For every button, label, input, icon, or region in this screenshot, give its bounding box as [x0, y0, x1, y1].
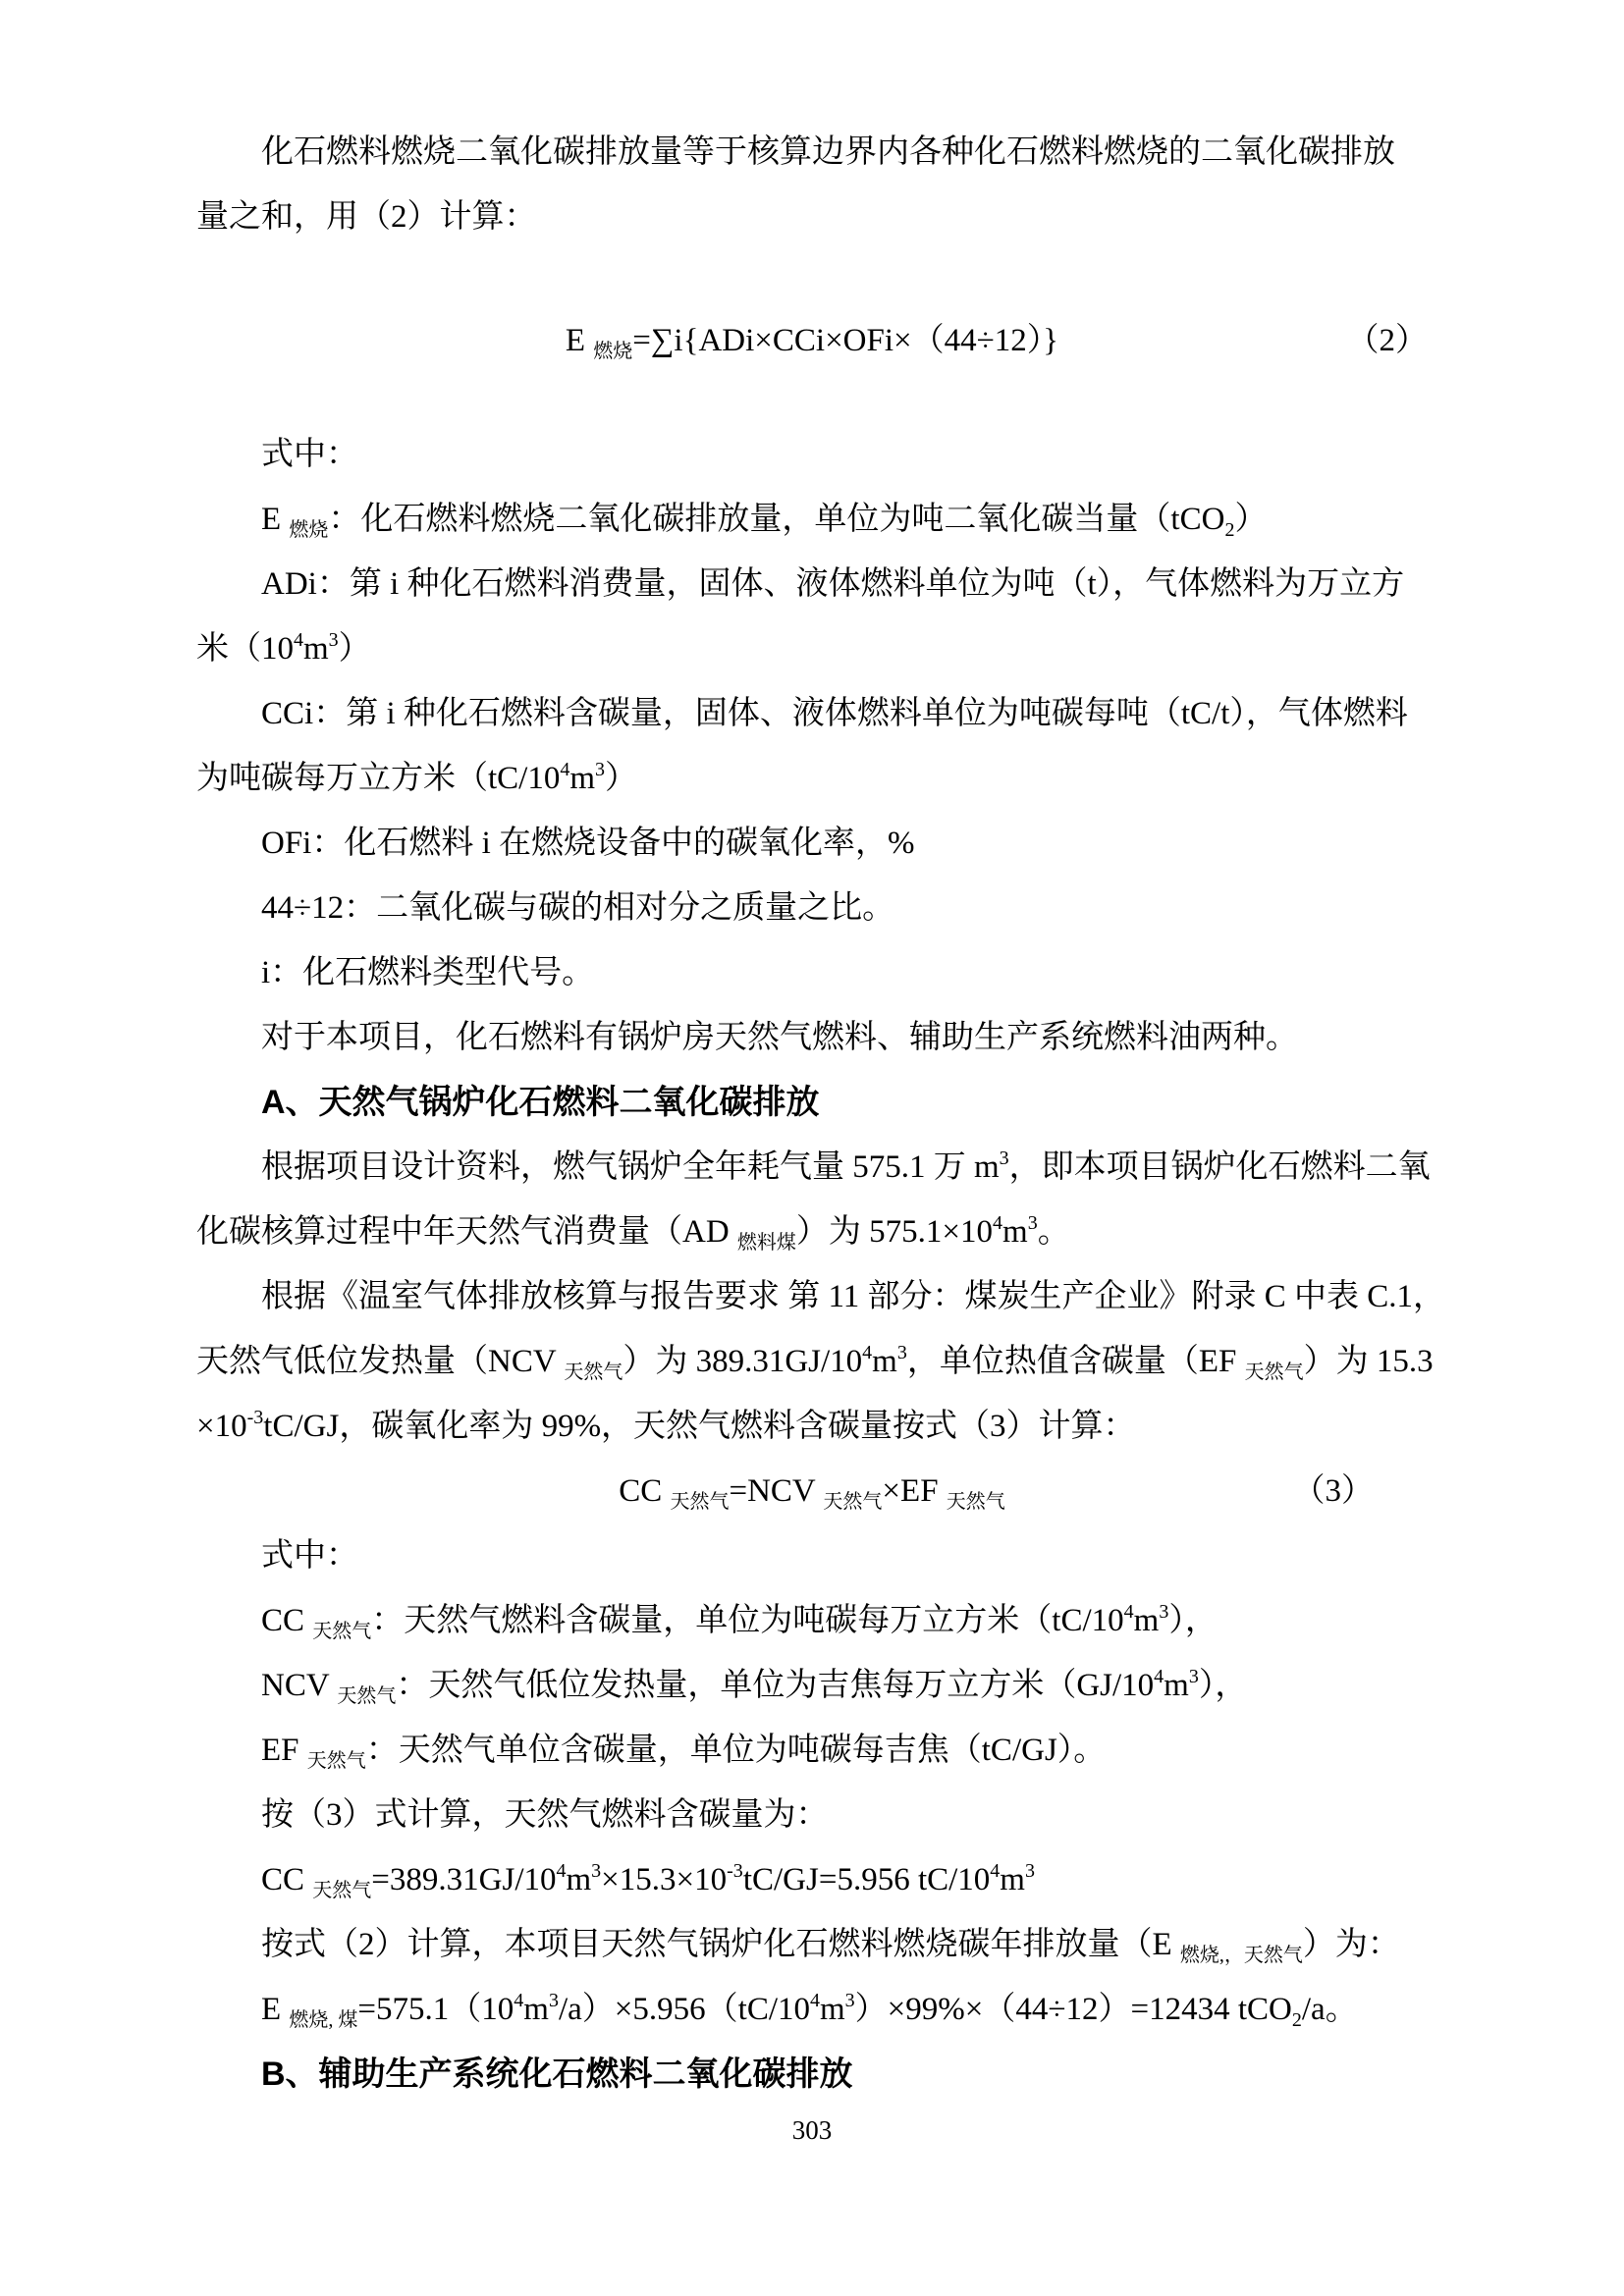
- paragraph-line: 按式（2）计算，本项目天然气锅炉化石燃料燃烧碳年排放量（E 燃烧,，天然气）为：: [196, 1912, 1428, 1977]
- paragraph-line: 根据《温室气体排放核算与报告要求 第 11 部分：煤炭生产企业》附录 C 中表 …: [196, 1264, 1428, 1329]
- paragraph-line: 化碳核算过程中年天然气消费量（AD 燃料煤）为 575.1×104m3。: [196, 1200, 1428, 1264]
- section-heading-a: A、天然气锅炉化石燃料二氧化碳排放: [196, 1070, 1428, 1135]
- definition-ofi: OFi：化石燃料 i 在燃烧设备中的碳氧化率，%: [196, 811, 1428, 876]
- calculation-e-combustion: E 燃烧, 煤=575.1（104m3/a）×5.956（tC/104m3）×9…: [196, 1977, 1428, 2042]
- equation-3-expression: CC 天然气=NCV 天然气×EF 天然气: [619, 1473, 1005, 1509]
- definition-cci-cont: 为吨碳每万立方米（tC/104m3）: [196, 746, 1428, 811]
- paragraph-line: 对于本项目，化石燃料有锅炉房天然气燃料、辅助生产系统燃料油两种。: [196, 1005, 1428, 1070]
- formula-legend-intro: 式中：: [196, 422, 1428, 487]
- definition-e-combustion: E 燃烧：化石燃料燃烧二氧化碳排放量，单位为吨二氧化碳当量（tCO2）: [196, 487, 1428, 552]
- equation-2: E 燃烧=∑i{ADi×CCi×OFi×（44÷12）} （2）: [196, 308, 1428, 373]
- paragraph-line: 根据项目设计资料，燃气锅炉全年耗气量 575.1 万 m3，即本项目锅炉化石燃料…: [196, 1135, 1428, 1200]
- section-heading-b: B、辅助生产系统化石燃料二氧化碳排放: [196, 2042, 1428, 2107]
- paragraph-line: 化石燃料燃烧二氧化碳排放量等于核算边界内各种化石燃料燃烧的二氧化碳排放: [196, 120, 1428, 185]
- equation-3-number: （3）: [1293, 1459, 1375, 1523]
- formula-legend-intro: 式中：: [196, 1523, 1428, 1588]
- definition-adi: ADi：第 i 种化石燃料消费量，固体、液体燃料单位为吨（t），气体燃料为万立方: [196, 552, 1428, 616]
- definition-ef-gas: EF 天然气：天然气单位含碳量，单位为吨碳每吉焦（tC/GJ）。: [196, 1718, 1428, 1783]
- equation-3: CC 天然气=NCV 天然气×EF 天然气 （3）: [196, 1459, 1428, 1523]
- document-body: 化石燃料燃烧二氧化碳排放量等于核算边界内各种化石燃料燃烧的二氧化碳排放 量之和，…: [196, 120, 1428, 2107]
- definition-i: i：化石燃料类型代号。: [196, 940, 1428, 1005]
- equation-2-expression: E 燃烧=∑i{ADi×CCi×OFi×（44÷12）}: [566, 323, 1058, 358]
- paragraph-line: ×10-3tC/GJ，碳氧化率为 99%，天然气燃料含碳量按式（3）计算：: [196, 1394, 1428, 1459]
- definition-cc-gas: CC 天然气：天然气燃料含碳量，单位为吨碳每万立方米（tC/104m3），: [196, 1588, 1428, 1653]
- paragraph-line: 天然气低位发热量（NCV 天然气）为 389.31GJ/104m3，单位热值含碳…: [196, 1329, 1428, 1394]
- definition-adi-cont: 米（104m3）: [196, 616, 1428, 681]
- definition-44-12: 44÷12：二氧化碳与碳的相对分之质量之比。: [196, 876, 1428, 940]
- equation-2-number: （2）: [1347, 308, 1429, 373]
- definition-ncv-gas: NCV 天然气：天然气低位发热量，单位为吉焦每万立方米（GJ/104m3），: [196, 1653, 1428, 1718]
- calculation-cc-gas: CC 天然气=389.31GJ/104m3×15.3×10-3tC/GJ=5.9…: [196, 1847, 1428, 1912]
- paragraph-line: 按（3）式计算，天然气燃料含碳量为：: [196, 1783, 1428, 1847]
- paragraph-line: 量之和，用（2）计算：: [196, 185, 1428, 249]
- page-number: 303: [0, 2110, 1624, 2150]
- definition-cci: CCi：第 i 种化石燃料含碳量，固体、液体燃料单位为吨碳每吨（tC/t），气体…: [196, 681, 1428, 746]
